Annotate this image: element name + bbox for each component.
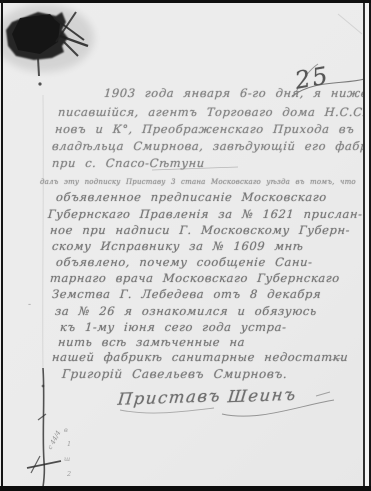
handwritten-line: объявлено, почему сообщеніе Сани- [56, 255, 314, 269]
margin-mark: в [64, 426, 68, 434]
signature-autograph: Шеинъ [227, 385, 298, 406]
handwritten-line: нашей фабрикѣ санитарные недостатки [52, 350, 349, 364]
margin-mark: 2 [67, 470, 71, 478]
signature-label: Приставъ [117, 386, 222, 409]
attestation-line: далъ эту подписку Приставу 3 стана Моско… [40, 178, 356, 186]
handwritten-line: скому Исправнику за № 1609 мнѣ [52, 239, 305, 253]
handwritten-line: ное при надписи Г. Московскому Губерн- [50, 223, 351, 237]
handwritten-line: писавшійся, агентъ Торговаго дома Н.С.См… [58, 105, 371, 119]
handwritten-line: объявленное предписаніе Московскаго [56, 190, 328, 204]
handwritten-line: за № 26 я ознакомился и обязуюсь [55, 304, 318, 318]
page-edge-line [363, 0, 365, 491]
handwritten-line: тарнаго врача Московскаго Губернскаго [50, 271, 341, 285]
handwritten-line: новъ и К°, Преображенскаго Прихода въ [55, 122, 355, 136]
margin-mark: ш [64, 455, 70, 463]
scanned-page: 25 1903 года января 6-го дня, я нижепод-… [0, 0, 371, 491]
handwritten-line: 1903 года января 6-го дня, я нижепод- [104, 86, 371, 100]
handwritten-line: къ 1-му іюня сего года устра- [60, 320, 288, 334]
margin-dash: - [28, 300, 31, 310]
frame-bottom-edge [0, 486, 371, 491]
handwritten-line: владѣльца Смирнова, завѣдующій его фабри… [52, 139, 371, 153]
handwritten-line: Земства Г. Лебедева отъ 8 декабря [52, 287, 322, 301]
handwritten-line: при с. Спасо-Сѣтуни [52, 156, 206, 170]
handwritten-line: нить всѣ замѣченные на [58, 335, 246, 349]
handwritten-line: Губернскаго Правленія за № 1621 прислан- [48, 207, 364, 221]
frame-top-edge [0, 0, 371, 3]
frame-left-edge [1, 0, 3, 491]
signatory-name-line: Григорій Савельевъ Смирновъ. [62, 367, 288, 381]
margin-mark: 1 [67, 440, 71, 448]
